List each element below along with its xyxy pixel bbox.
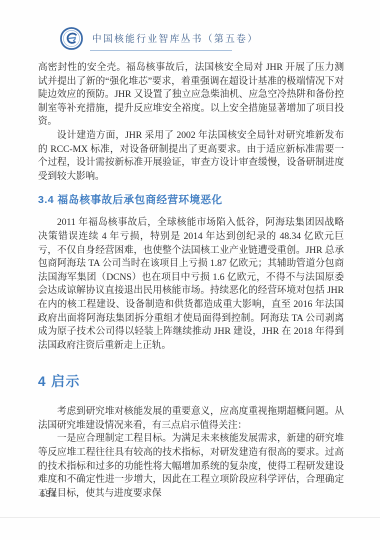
paragraph-lessons-intro: 考虑到研究堆对核能发展的重要意义，应高度重视拖期超概问题。从法国研究堆建设情况来… [38, 406, 344, 433]
paragraph-design-construction: 设计建造方面，JHR 采用了 2002 年法国核安全局针对研究堆新发布的 RCC… [38, 130, 344, 184]
section-heading-3-4: 3.4 福岛核事故后承包商经营环境恶化 [38, 193, 344, 207]
paragraph-fukushima-impact: 2011 年福岛核事故后，全球核能市场陷入低谷，阿海珐集团因战略决策错误连续 4… [38, 217, 344, 353]
paragraph-lesson-one: 一是应合理制定工程目标。为满足未来核能发展需求，新建的研究堆等反应堆工程往往具有… [38, 433, 344, 501]
page-number: 654 [40, 489, 57, 499]
section-heading-4: 4 启示 [38, 374, 344, 390]
page-header: 中国核能行业智库丛书（第五卷） [60, 26, 259, 50]
header-underline [90, 50, 232, 51]
document-page: 中国核能行业智库丛书（第五卷） 高密封性的安全壳。福岛核事故后，法国核安全局对 … [0, 0, 380, 540]
paragraph-containment: 高密封性的安全壳。福岛核事故后，法国核安全局对 JHR 开展了压力测试并提出了新… [38, 62, 344, 130]
page-body: 高密封性的安全壳。福岛核事故后，法国核安全局对 JHR 开展了压力测试并提出了新… [38, 62, 344, 501]
series-title: 中国核能行业智库丛书（第五卷） [92, 31, 259, 45]
page-bottom-edge [0, 517, 380, 518]
nuclear-society-emblem-icon [60, 27, 83, 50]
